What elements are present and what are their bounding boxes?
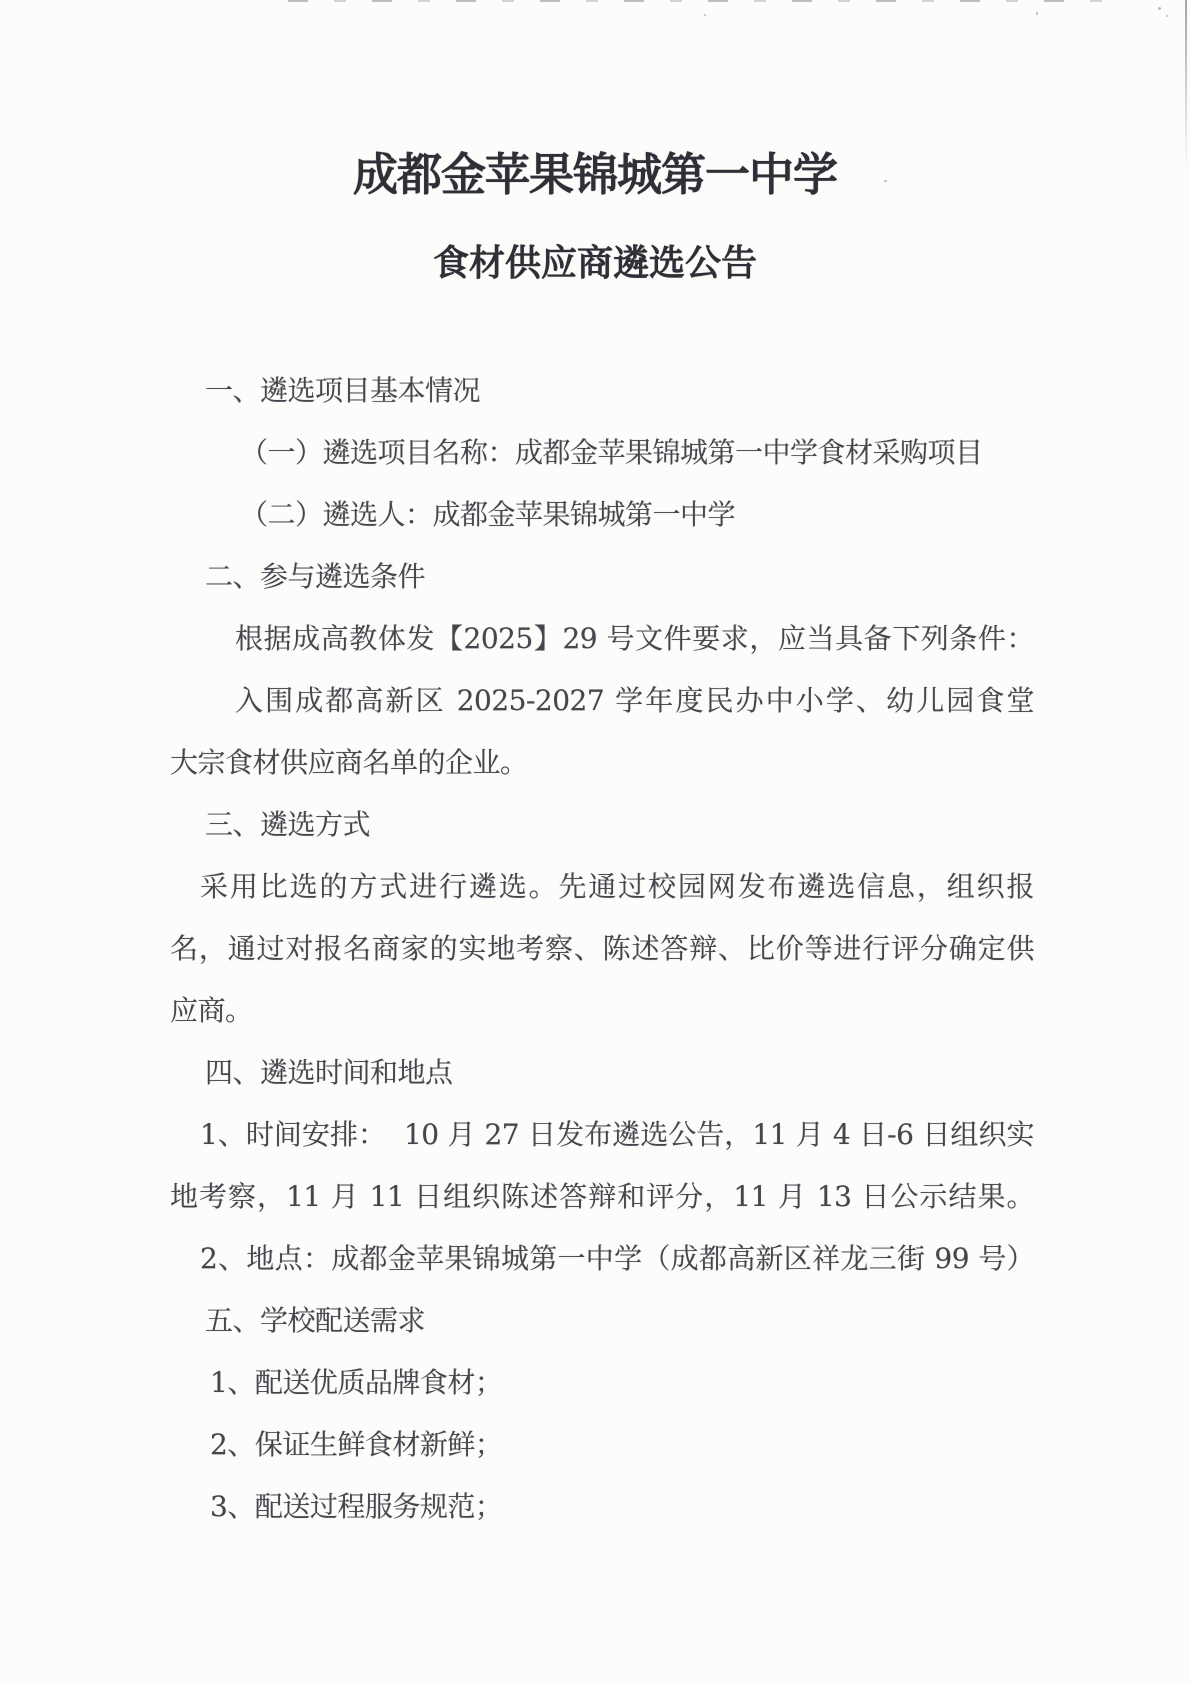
doc-line-method-1: 采用比选的方式进行遴选。先通过校园网发布遴选信息，组织报 xyxy=(170,856,1034,918)
scan-artifact-speck xyxy=(1158,7,1161,10)
section-heading-1: 一、遴选项目基本情况 xyxy=(170,360,1034,422)
doc-line-conditions-1: 根据成高教体发【2025】29 号文件要求，应当具备下列条件： xyxy=(170,608,1034,670)
doc-line-conditions-3: 大宗食材供应商名单的企业。 xyxy=(170,732,1034,794)
document-title: 成都金苹果锦城第一中学 xyxy=(0,138,1190,203)
scan-artifact-speck xyxy=(704,14,706,16)
doc-line-selector: （二）遴选人：成都金苹果锦城第一中学 xyxy=(170,484,1034,546)
doc-line-requirement-2: 2、保证生鲜食材新鲜； xyxy=(170,1414,1034,1476)
section-heading-5: 五、学校配送需求 xyxy=(170,1290,1034,1352)
doc-line-requirement-3: 3、配送过程服务规范； xyxy=(170,1476,1034,1538)
scan-artifact-top-dashes xyxy=(288,0,1118,2)
doc-line-schedule-2: 地考察，11 月 11 日组织陈述答辩和评分，11 月 13 日公示结果。 xyxy=(170,1166,1034,1228)
document-body: 一、遴选项目基本情况 （一）遴选项目名称：成都金苹果锦城第一中学食材采购项目 （… xyxy=(170,360,1034,1538)
doc-line-project-name: （一）遴选项目名称：成都金苹果锦城第一中学食材采购项目 xyxy=(170,422,1034,484)
section-heading-3: 三、遴选方式 xyxy=(170,794,1034,856)
scan-artifact-speck xyxy=(1036,12,1038,15)
doc-line-requirement-1: 1、配送优质品牌食材； xyxy=(170,1352,1034,1414)
section-heading-2: 二、参与遴选条件 xyxy=(170,546,1034,608)
scanned-document-page: 成都金苹果锦城第一中学 食材供应商遴选公告 一、遴选项目基本情况 （一）遴选项目… xyxy=(0,0,1190,1683)
scan-artifact-speck xyxy=(1166,15,1168,17)
doc-line-conditions-2: 入围成都高新区 2025-2027 学年度民办中小学、幼儿园食堂 xyxy=(170,670,1034,732)
document-subtitle: 食材供应商遴选公告 xyxy=(0,235,1190,286)
doc-line-method-2: 名，通过对报名商家的实地考察、陈述答辩、比价等进行评分确定供 xyxy=(170,918,1034,980)
section-heading-4: 四、遴选时间和地点 xyxy=(170,1042,1034,1104)
doc-line-schedule-1: 1、时间安排： 10 月 27 日发布遴选公告，11 月 4 日-6 日组织实 xyxy=(170,1104,1034,1166)
doc-line-location: 2、地点：成都金苹果锦城第一中学（成都高新区祥龙三街 99 号） xyxy=(170,1228,1034,1290)
doc-line-method-3: 应商。 xyxy=(170,980,1034,1042)
